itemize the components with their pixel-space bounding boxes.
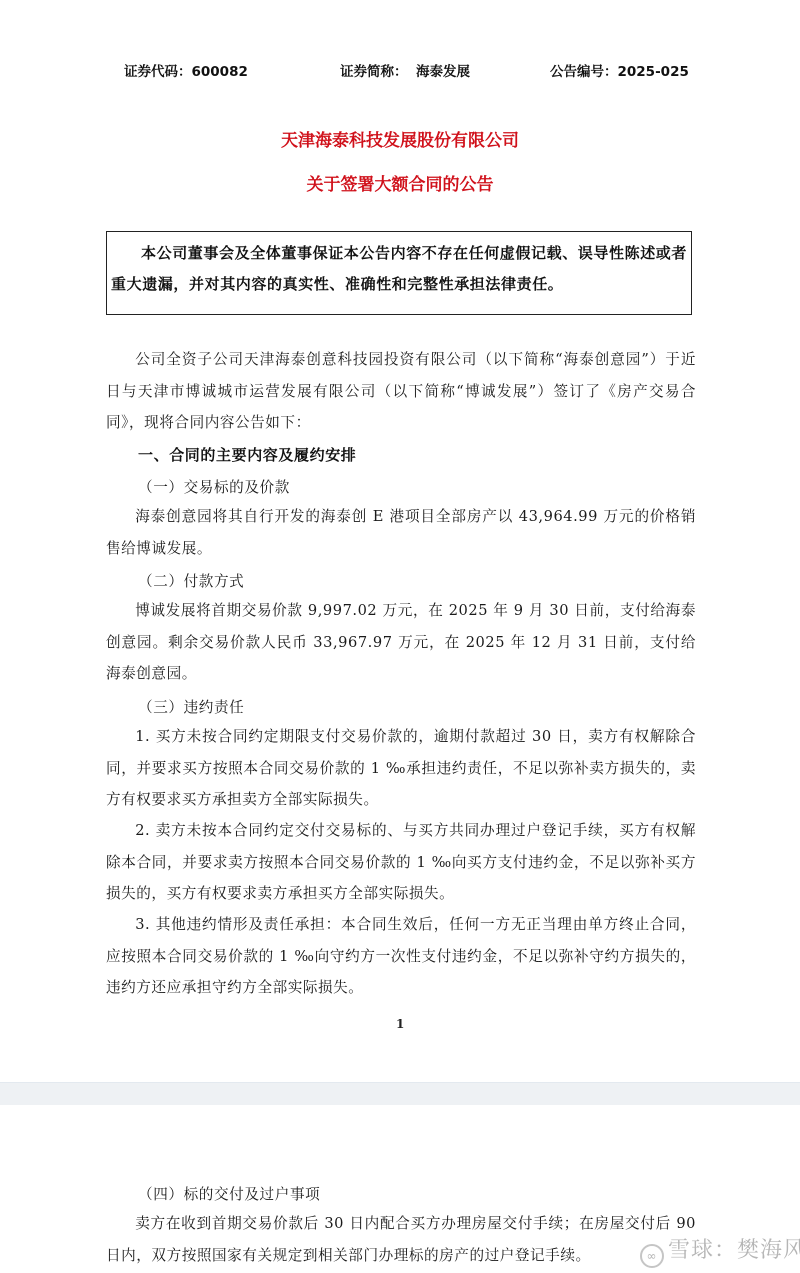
page-separator bbox=[0, 1082, 800, 1105]
company-title: 天津海泰科技发展股份有限公司 bbox=[0, 126, 800, 151]
subsection-heading-2: （二）付款方式 bbox=[138, 570, 244, 591]
stock-name: 海泰发展 bbox=[416, 60, 470, 80]
watermark-text: 雪球：樊海风 bbox=[668, 1238, 800, 1263]
announcement-subject: 关于签署大额合同的公告 bbox=[0, 170, 800, 195]
subsection-heading-1: （一）交易标的及价款 bbox=[138, 476, 290, 497]
section-heading-1: 一、合同的主要内容及履约安排 bbox=[138, 444, 356, 465]
subsection-text-4: 卖方在收到首期交易价款后 30 日内配合买方办理房屋交付手续；在房屋交付后 90… bbox=[106, 1208, 696, 1271]
stock-code: 证券代码：600082 bbox=[124, 60, 248, 80]
subsection-text-1: 海泰创意园将其自行开发的海泰创 E 港项目全部房产以 43,964.99 万元的… bbox=[106, 501, 696, 564]
subsection-text-2: 博诚发展将首期交易价款 9,997.02 万元，在 2025 年 9 月 30 … bbox=[106, 595, 696, 690]
xueqiu-watermark: ∞雪球：樊海风 bbox=[640, 1233, 800, 1268]
document-header: 证券代码：600082 证券简称： 海泰发展 公告编号：2025-025 bbox=[124, 60, 676, 84]
xueqiu-logo-icon: ∞ bbox=[640, 1244, 664, 1268]
liability-item-1: 1. 买方未按合同约定期限支付交易价款的，逾期付款超过 30 日，卖方有权解除合… bbox=[106, 721, 696, 816]
liability-item-3: 3. 其他违约情形及责任承担：本合同生效后，任何一方无正当理由单方终止合同，应按… bbox=[106, 909, 696, 1004]
page-number: 1 bbox=[396, 1017, 404, 1031]
subsection-heading-3: （三）违约责任 bbox=[138, 696, 244, 717]
stock-name-label: 证券简称： bbox=[340, 60, 408, 80]
liability-item-2: 2. 卖方未按本合同约定交付交易标的、与买方共同办理过户登记手续，买方有权解除本… bbox=[106, 815, 696, 910]
subsection-heading-4: （四）标的交付及过户事项 bbox=[138, 1183, 320, 1204]
intro-paragraph: 公司全资子公司天津海泰创意科技园投资有限公司（以下简称“海泰创意园”）于近日与天… bbox=[106, 344, 696, 439]
announcement-number: 公告编号：2025-025 bbox=[550, 60, 689, 80]
board-guarantee-notice: 本公司董事会及全体董事保证本公告内容不存在任何虚假记载、误导性陈述或者重大遗漏，… bbox=[106, 231, 692, 315]
